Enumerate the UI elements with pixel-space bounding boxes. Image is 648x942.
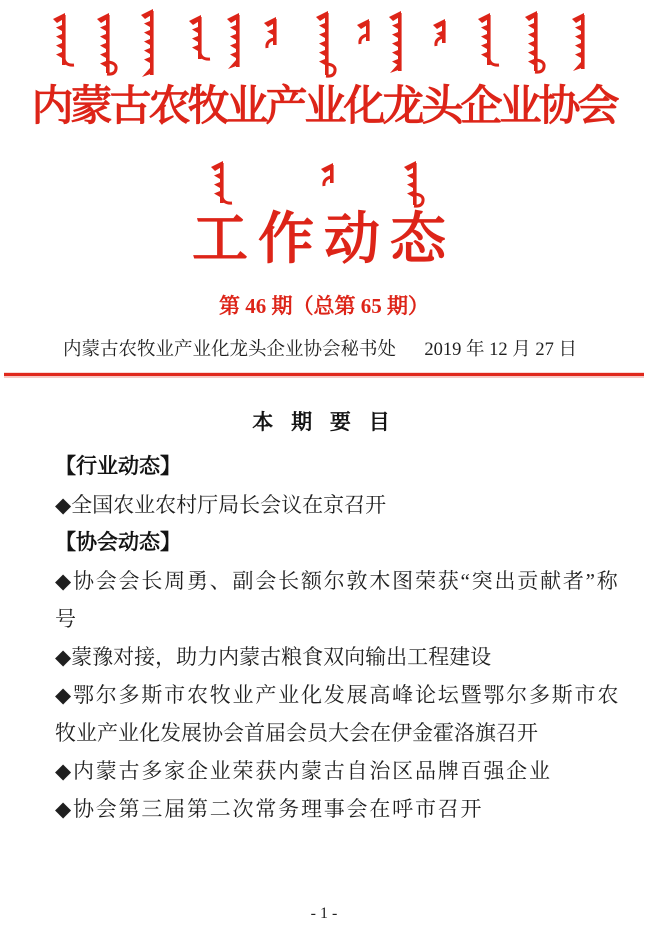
mongolian-glyph-icon <box>263 16 287 50</box>
mongolian-glyph-icon <box>188 14 212 64</box>
publication-date: 2019 年 12 月 27 日 <box>424 336 577 364</box>
mongolian-glyph-icon <box>403 160 427 210</box>
mongolian-glyph-icon <box>52 12 76 70</box>
toc-item: ◆蒙豫对接，助力内蒙古粮食双向输出工程建设 <box>55 638 637 676</box>
mongolian-glyph-icon <box>388 10 412 76</box>
newsletter-page: 内蒙古农牧业产业化龙头企业协会 工作动态 第 46 期（总第 65 期） 内蒙古… <box>0 0 648 942</box>
mongolian-glyph-icon <box>320 162 344 188</box>
toc-item: 牧业产业化发展协会首届会员大会在伊金霍洛旗召开 <box>55 714 637 752</box>
mongolian-glyph-icon <box>210 160 234 208</box>
toc-item: ◆鄂尔多斯市农牧业产业化发展高峰论坛暨鄂尔多斯市农 <box>55 676 637 714</box>
mongolian-glyph-icon <box>571 12 595 74</box>
mongolian-glyph-icon <box>96 12 120 78</box>
toc-item: ◆协会会长周勇、副会长额尔敦木图荣获“突出贡献者”称 <box>55 562 637 600</box>
mongolian-glyph-icon <box>477 12 501 70</box>
issue-number-line: 第 46 期（总第 65 期） <box>0 292 648 320</box>
toc-item: ◆全国农业农村厅局长会议在京召开 <box>55 486 637 524</box>
mongolian-glyph-icon <box>140 8 164 80</box>
toc-list: 【行业动态】◆全国农业农村厅局长会议在京召开【协会动态】◆协会会长周勇、副会长额… <box>55 448 637 828</box>
mongolian-glyph-icon <box>226 12 250 72</box>
publisher-name: 内蒙古农牧业产业化龙头企业协会秘书处 <box>63 336 396 364</box>
mongolian-glyph-icon <box>432 18 456 48</box>
toc-section-label: 【协会动态】 <box>55 524 637 562</box>
toc-heading: 本 期 要 目 <box>0 408 648 438</box>
mongolian-glyph-icon <box>315 10 339 80</box>
mongolian-glyph-icon <box>524 10 548 76</box>
page-number: - 1 - <box>0 903 648 925</box>
association-name-title: 内蒙古农牧业产业化龙头企业协会 <box>0 82 648 132</box>
bulletin-title: 工作动态 <box>0 208 648 272</box>
toc-item: ◆协会第三届第二次常务理事会在呼市召开 <box>55 790 637 828</box>
toc-item: ◆内蒙古多家企业荣获内蒙古自治区品牌百强企业 <box>55 752 637 790</box>
mongolian-glyph-icon <box>356 18 380 46</box>
publisher-row: 内蒙古农牧业产业化龙头企业协会秘书处 2019 年 12 月 27 日 <box>0 336 648 364</box>
toc-item: 号 <box>55 600 637 638</box>
toc-section-label: 【行业动态】 <box>55 448 637 486</box>
red-divider-line <box>4 373 644 376</box>
